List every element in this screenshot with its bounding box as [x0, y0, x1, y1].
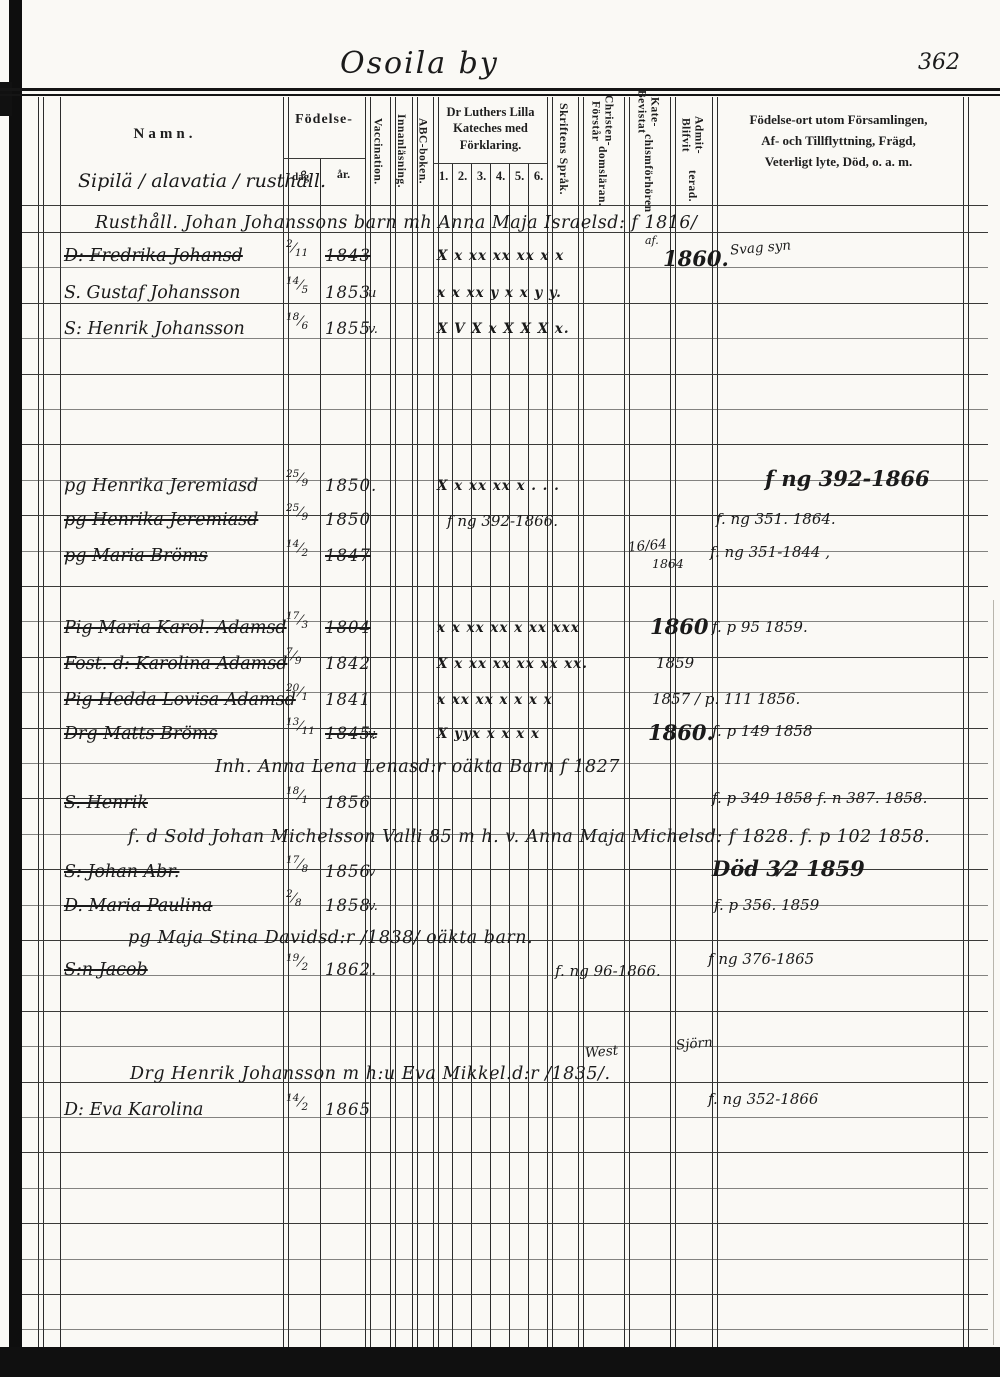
margin-note: West — [584, 1043, 618, 1062]
margin-note: af. — [645, 234, 659, 247]
kateches-col-4: 4. — [491, 169, 510, 184]
forstar-line1: Förstår Christen- — [588, 95, 614, 146]
margin-note: Svag syn — [729, 237, 791, 258]
margin-note: 1864 — [652, 556, 684, 571]
grid-hline — [22, 1259, 988, 1260]
birth-day: 17⁄3 — [286, 610, 308, 631]
column-header-vaccination: Vaccination. — [364, 100, 390, 202]
grid-vline — [490, 163, 491, 1348]
kateches-line3: Förklaring. — [460, 138, 521, 152]
kateches-marks: X V X x X X X x. — [437, 321, 570, 337]
spanning-entry: pg Maja Stina Davidsd:r /1838/ oäkta bar… — [128, 928, 533, 948]
remarks-line3: Veterligt lyte, Död, o. a. m. — [765, 154, 913, 169]
grid-hline — [22, 444, 988, 445]
kateches-marks: x x xx y x x y y. — [437, 285, 562, 301]
birth-year: 1841 — [325, 690, 371, 709]
birth-year: 1858 — [325, 896, 371, 915]
margin-note: f ng 376-1865 — [708, 950, 814, 968]
kateches-marks: x xx xx x x x x — [437, 692, 553, 708]
vaccination-label: Vaccination. — [370, 118, 383, 185]
birth-year: 1850 — [325, 510, 371, 529]
grid-vline — [528, 163, 529, 1348]
grid-vline — [452, 163, 453, 1348]
margin-note: 1857 / p. 111 1856. — [652, 690, 800, 708]
margin-note: f. ng 352-1866 — [708, 1090, 818, 1108]
remarks-line2: Af- och Tillflyttning, Frägd, — [761, 133, 915, 148]
mid-note: f. ng 96-1866. — [555, 962, 661, 980]
grid-hline — [22, 374, 988, 375]
blifvit-line1: Blifvit Admit- — [678, 100, 704, 170]
column-header-skriftens-sprak: Skriftens Språk. — [548, 98, 578, 200]
farm-name-entry: Sipilä / alavatia / rusthåll. — [78, 170, 326, 192]
birth-day: 25⁄9 — [286, 502, 308, 523]
page-edge-line — [993, 600, 994, 1345]
kateches-marks: X x xx xx xx x x — [437, 248, 564, 264]
margin-note: Död 3⁄2 1859 — [712, 856, 865, 881]
grid-hline — [22, 1046, 988, 1047]
kateches-col-6: 6. — [529, 169, 548, 184]
grid-vline — [38, 97, 44, 1348]
grid-vline — [60, 97, 61, 1348]
grid-hline — [22, 975, 988, 976]
vaccination-mark: v. — [368, 727, 378, 742]
grid-vline — [471, 163, 472, 1348]
birth-year: 1855 — [325, 319, 371, 338]
spanning-entry: f. d Sold Johan Michelsson Valli 85 m h.… — [128, 827, 930, 847]
column-header-ar: år. — [322, 167, 365, 182]
birth-day: 13⁄11 — [286, 716, 315, 737]
person-name: pg Henrika Jeremiasd — [64, 476, 258, 496]
person-name: Fost. d: Karolina Adamsd — [64, 654, 287, 674]
grid-hline — [22, 1188, 988, 1189]
vaccination-mark: v. — [368, 899, 378, 914]
spanning-entry: Drg Henrik Johansson m h:u Eva Mikkel.d:… — [130, 1064, 611, 1084]
page-number: 362 — [918, 50, 960, 75]
grid-vline — [509, 163, 510, 1348]
birth-day: 2⁄8 — [286, 888, 302, 909]
birth-day: 18⁄6 — [286, 311, 308, 332]
person-name: D: Eva Karolina — [64, 1100, 203, 1120]
column-header-blifvit-admitterad: Blifvit Admit- terad. — [671, 100, 712, 202]
grid-hline — [283, 158, 365, 159]
mid-note: f ng 392-1866. — [447, 512, 558, 530]
birth-day: 14⁄5 — [286, 275, 308, 296]
kateches-col-5: 5. — [510, 169, 529, 184]
margin-note: f. ng 351. 1864. — [716, 510, 836, 528]
birth-year: 1843 — [325, 246, 371, 265]
ledger-page: Osoila by 362 Namn. Födelse- dag. år. Va… — [0, 0, 1000, 1377]
book-binding-edge — [9, 0, 22, 1377]
kateches-col-2: 2. — [453, 169, 472, 184]
grid-hline — [433, 163, 547, 164]
vaccination-mark: u — [368, 286, 376, 301]
grid-hline — [22, 1294, 988, 1295]
kateches-marks: X yyx x x x x — [437, 726, 540, 742]
person-name: S: Johan Abr. — [64, 862, 179, 882]
kateches-marks: X x xx xx xx xx xx. — [437, 656, 588, 672]
person-name: S. Gustaf Johansson — [64, 283, 241, 303]
kateches-marks: x x xx xx x xx xxx — [437, 620, 580, 636]
scan-bottom-band — [0, 1347, 1000, 1377]
title-rule-2 — [0, 94, 1000, 96]
margin-note: f. p 349 1858 f. n 387. 1858. — [712, 789, 927, 807]
person-name: D. Maria Paulina — [64, 896, 212, 916]
grid-vline — [624, 97, 630, 1348]
column-header-fodelse: Födelse- — [283, 112, 365, 128]
birth-day: 14⁄2 — [286, 538, 308, 559]
grid-vline — [578, 97, 584, 1348]
margin-note: 16/64 — [627, 536, 667, 555]
grid-vline — [963, 97, 969, 1348]
column-header-kateches: Dr Luthers Lilla Kateches med Förklaring… — [434, 104, 547, 153]
birth-day: 2⁄11 — [286, 238, 308, 259]
birth-day: 25⁄9 — [286, 468, 308, 489]
grid-hline — [22, 586, 988, 587]
margin-note: f. ng 351-1844 , — [710, 543, 830, 561]
vaccination-mark: v. — [368, 322, 378, 337]
birth-day: 18⁄1 — [286, 785, 308, 806]
birth-year: 1862. — [325, 960, 377, 979]
birth-year: 1804 — [325, 618, 371, 637]
column-header-bevistat-katechismforhoren: Bevistat Kate- chismförhören — [625, 100, 670, 202]
grid-hline — [22, 1152, 988, 1153]
person-name: Pig Hedda Lovisa Adamsd — [64, 690, 296, 710]
grid-vline — [390, 97, 396, 1348]
column-header-remarks: Födelse-ort utom Församlingen, Af- och T… — [716, 110, 961, 172]
blifvit-line2: terad. — [685, 170, 698, 202]
birth-year: 1856 — [325, 862, 371, 881]
person-name: D: Fredrika Johansd — [64, 246, 243, 266]
grid-hline — [22, 1329, 988, 1330]
person-name: pg Henrika Jeremiasd — [64, 510, 258, 530]
margin-note: 1860 — [650, 614, 708, 639]
birth-day: 7⁄9 — [286, 646, 302, 667]
grid-hline — [22, 303, 988, 304]
kateches-marks: X x xx xx x . . . — [437, 478, 560, 494]
grid-hline — [22, 409, 988, 410]
abc-label: ABC-boken. — [415, 118, 428, 184]
birth-day: 14⁄2 — [286, 1092, 308, 1113]
birth-year: 1842 — [325, 654, 371, 673]
grid-hline — [22, 1011, 988, 1012]
kateches-line1: Dr Luthers Lilla — [447, 105, 535, 119]
birth-year: 1856 — [325, 793, 371, 812]
margin-note: f. p 95 1859. — [712, 618, 808, 636]
margin-note: Sjörn — [675, 1034, 713, 1053]
person-name: Drg Matts Bröms — [64, 724, 217, 744]
column-header-namn: Namn. — [80, 126, 250, 143]
innanlasning-label: Innanläsning. — [394, 114, 407, 188]
vaccination-mark: v — [368, 865, 375, 880]
bevistat-line2: chismförhören — [641, 134, 654, 212]
person-name: S:n Jacob — [64, 960, 148, 980]
grid-vline — [320, 158, 321, 1348]
margin-note: 1859 — [656, 654, 694, 672]
forstar-line2: domsläran. — [595, 146, 608, 206]
birth-day: 17⁄8 — [286, 854, 308, 875]
birth-year: 1853 — [325, 283, 371, 302]
grid-vline — [412, 97, 418, 1348]
person-name: Pig Maria Karol. Adamsd — [64, 618, 287, 638]
skriftens-label: Skriftens Språk. — [556, 103, 570, 195]
person-name: pg Maria Bröms — [64, 546, 208, 566]
column-header-innanlasning: Innanläsning. — [389, 100, 412, 202]
remarks-line1: Födelse-ort utom Församlingen, — [749, 112, 927, 127]
grid-hline — [22, 205, 988, 206]
grid-hline — [22, 267, 988, 268]
birth-year: 1865 — [325, 1100, 371, 1119]
column-header-abc-boken: ABC-boken. — [411, 100, 433, 202]
kateches-col-1: 1. — [434, 169, 453, 184]
spanning-entry: Inh. Anna Lena Lenasd:r oäkta Barn f 182… — [215, 757, 620, 777]
birth-day: 19⁄2 — [286, 952, 308, 973]
page-title: Osoila by — [340, 46, 499, 81]
kateches-col-3: 3. — [472, 169, 491, 184]
margin-note: f. p 149 1858 — [712, 722, 813, 740]
margin-note: 1860. — [663, 246, 729, 271]
birth-day: 20⁄1 — [286, 682, 308, 703]
birth-year: 1847 — [325, 546, 371, 565]
person-name: S: Henrik Johansson — [64, 319, 245, 339]
margin-note: f. p 356. 1859 — [714, 896, 819, 914]
spanning-entry: Rusthåll. Johan Johanssons barn mh Anna … — [95, 213, 697, 233]
title-rule — [0, 88, 1000, 91]
person-name: S. Henrik — [64, 793, 148, 813]
margin-note: 1860. — [648, 720, 714, 745]
margin-note: f ng 392-1866 — [765, 466, 930, 491]
column-header-forstar-christendomslaran: Förstår Christen- domsläran. — [579, 100, 624, 202]
grid-hline — [22, 1223, 988, 1224]
bevistat-line1: Bevistat Kate- — [634, 90, 660, 134]
birth-year: 1850. — [325, 476, 377, 495]
kateches-line2: Kateches med — [453, 121, 528, 135]
